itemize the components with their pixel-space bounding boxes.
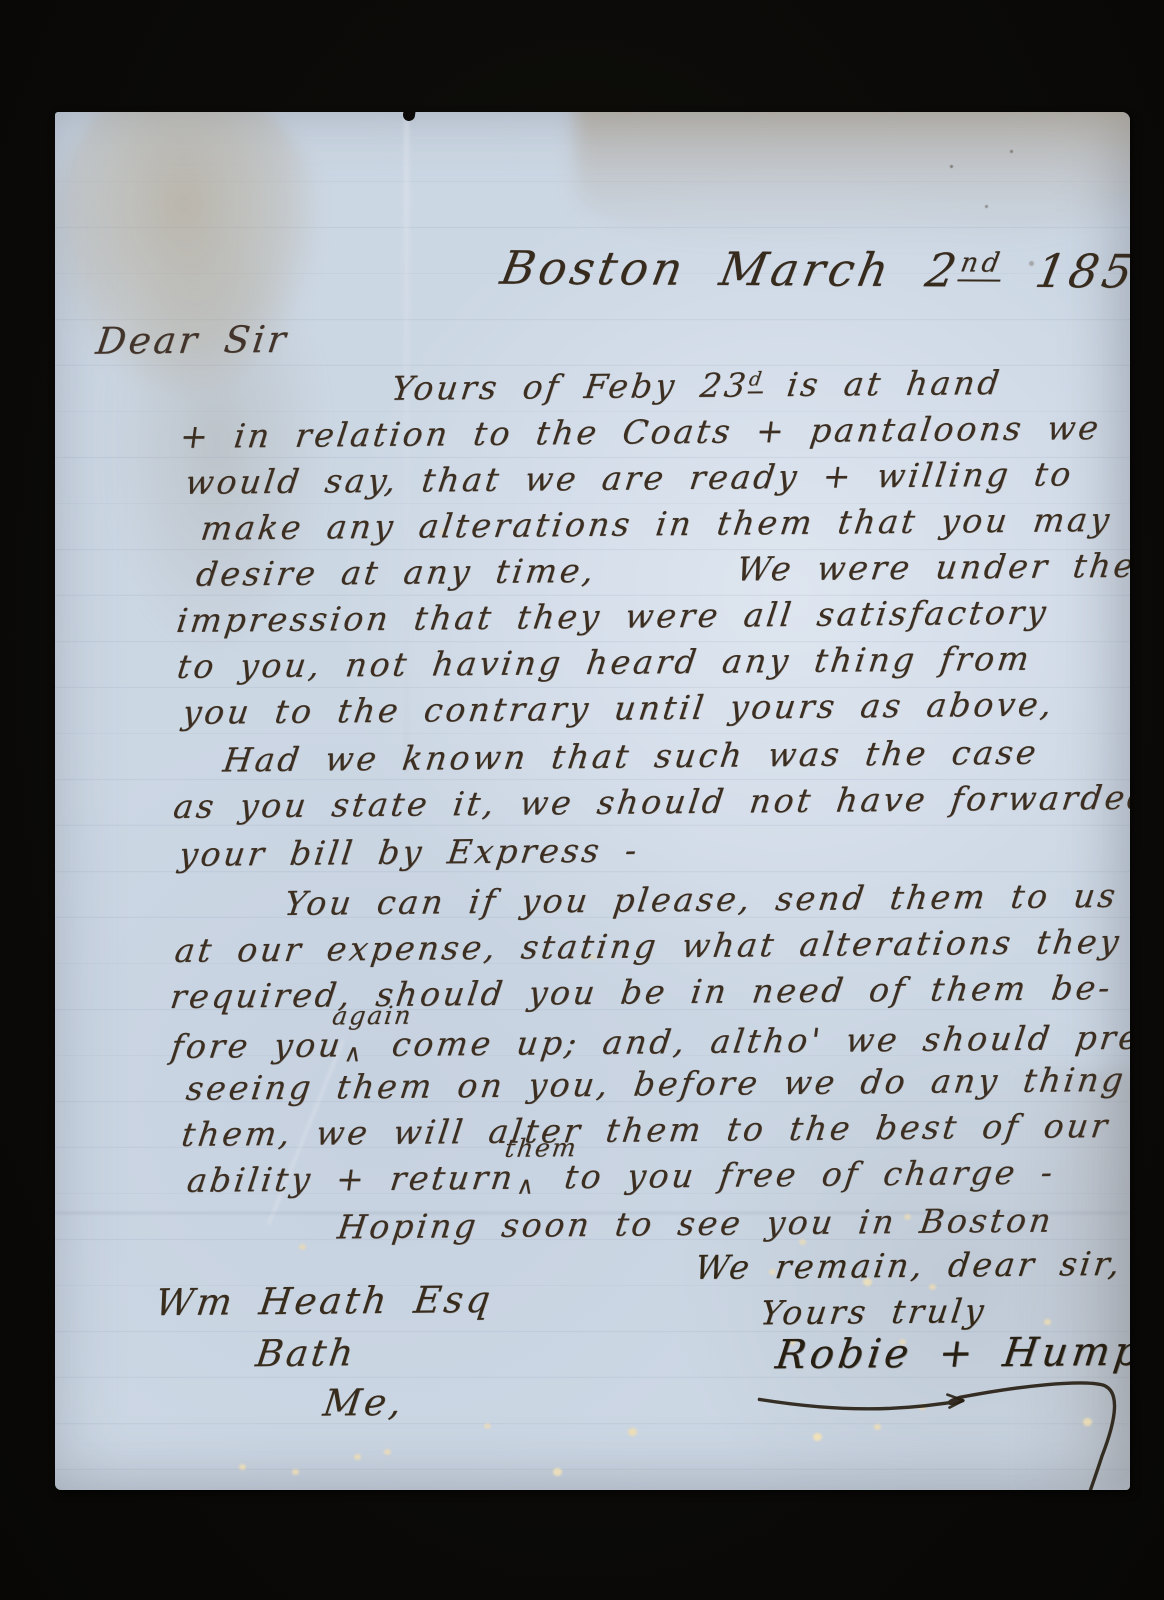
insertion-a-post: come up; and, altho' we should prefer	[366, 1017, 1130, 1064]
body-line: seeing them on you, before we do any thi…	[184, 1061, 1130, 1107]
body-line: required, should you be in need of them …	[168, 970, 1115, 1015]
insertion-a-pre: fore you	[169, 1025, 346, 1066]
dateline-post: 1854	[997, 244, 1130, 299]
signature-underline-flourish	[751, 1376, 1130, 1490]
scanned-letter-photo: { "scene": { "background_color": "#0b0a0…	[0, 0, 1164, 1600]
inserted-word: them	[503, 1134, 579, 1162]
body-line: Hoping soon to see you in Boston	[335, 1203, 1055, 1246]
opening-post: is at hand	[761, 363, 1004, 404]
salutation: Dear Sir	[94, 320, 291, 363]
dateline: Boston March 2nd 1854	[497, 243, 1130, 298]
letter-sheet: Boston March 2nd 1854 Dear Sir Yours of …	[55, 112, 1130, 1490]
insertion-b-post: to you free of charge -	[539, 1153, 1058, 1197]
letter-content: Boston March 2nd 1854 Dear Sir Yours of …	[55, 112, 1130, 1490]
body-line-with-insertion: ability + return∧them to you free of cha…	[185, 1155, 1058, 1200]
closing-line: We remain, dear sir,	[693, 1246, 1125, 1286]
body-line: impression that they were all satisfacto…	[175, 595, 1051, 640]
dateline-pre: Boston March 2	[497, 241, 965, 298]
insertion-caret: ∧	[343, 1040, 367, 1067]
opening-pre: Yours of Feby 23	[389, 365, 751, 407]
body-line: as you state it, we should not have forw…	[171, 780, 1130, 826]
body-line: them, we will alter them to the best of …	[179, 1108, 1112, 1153]
body-line: to you, not having heard any thing from	[175, 641, 1034, 686]
insertion-a-mark: ∧again	[340, 1027, 371, 1064]
body-line-opening: Yours of Feby 23d is at hand	[389, 365, 1004, 407]
inserted-word: again	[331, 1001, 415, 1029]
body-line: + in relation to the Coats + pantaloons …	[178, 410, 1104, 455]
insertion-caret: ∧	[515, 1173, 539, 1200]
body-line: your bill by Express -	[177, 833, 642, 874]
body-line: at our expense, stating what alterations…	[173, 924, 1124, 969]
insertion-b-pre: ability + return	[185, 1158, 518, 1200]
dateline-superscript: nd	[958, 248, 1006, 282]
ink-specks	[55, 112, 58, 115]
body-line: you to the contrary until yours as above…	[180, 687, 1056, 732]
body-line: make any alterations in them that you ma…	[199, 502, 1115, 547]
signature: Robie + Humphrey	[773, 1329, 1130, 1378]
address-line: Me,	[321, 1383, 407, 1425]
body-line-with-insertion: fore you∧again come up; and, altho' we s…	[169, 1019, 1130, 1065]
body-line: You can if you please, send them to us	[282, 878, 1120, 922]
body-line: would say, that we are ready + willing t…	[183, 456, 1076, 501]
address-line: Bath	[253, 1333, 358, 1375]
address-line: Wm Heath Esq	[153, 1280, 496, 1324]
insertion-b-mark: ∧them	[513, 1159, 544, 1196]
body-line: Had we known that such was the case	[221, 735, 1041, 779]
body-line: desire at any time, We were under the	[194, 548, 1130, 593]
closing-line: Yours truly	[758, 1293, 988, 1332]
